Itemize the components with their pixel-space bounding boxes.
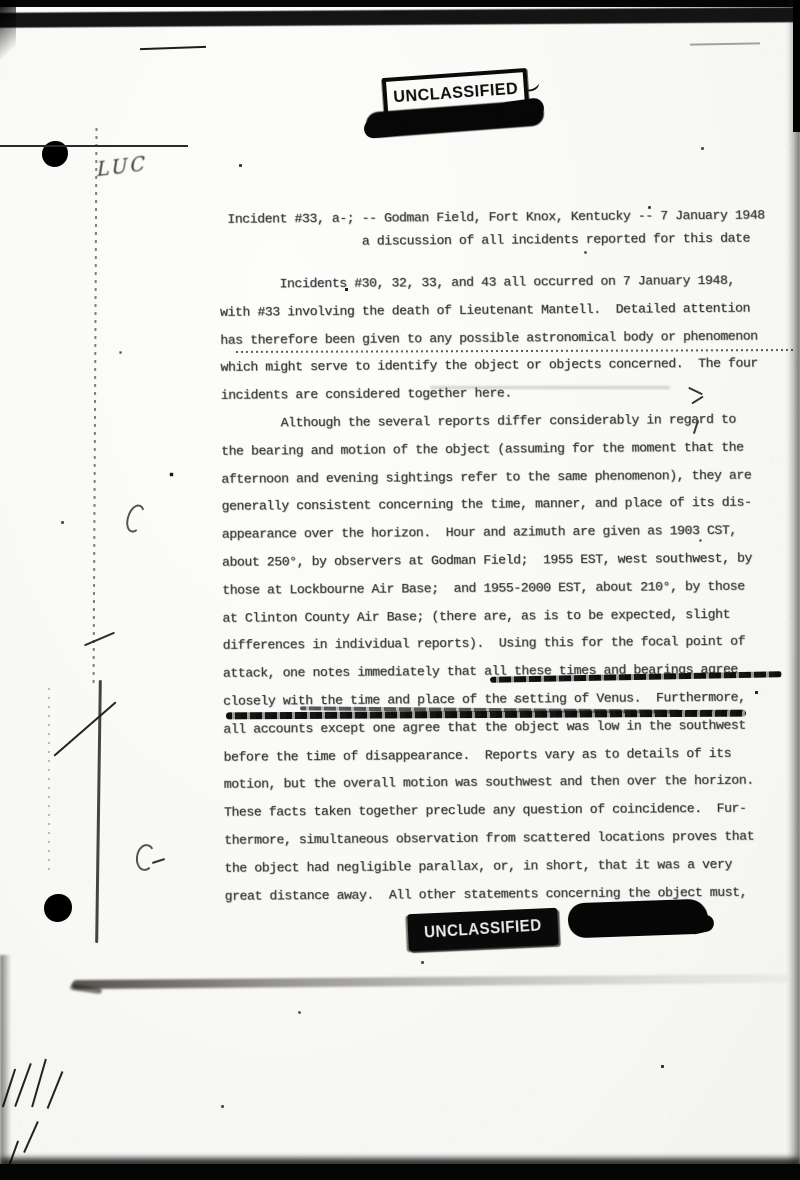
typed-line: These facts taken together preclude any … bbox=[224, 795, 762, 827]
redaction-mark-bottom bbox=[567, 899, 708, 939]
page-fold-line bbox=[48, 688, 50, 876]
header-line: a discussion of all incidents reported f… bbox=[227, 227, 765, 254]
typed-line: appearance over the horizon. Hour and az… bbox=[222, 517, 760, 549]
typed-line: afternoon and evening sightings refer to… bbox=[221, 461, 759, 493]
typed-line: generally consistent concerning the time… bbox=[221, 489, 759, 521]
scan-edge-bottom bbox=[0, 1164, 800, 1180]
unclassified-stamp-bottom-label: UNCLASSIFIED bbox=[424, 916, 543, 942]
scan-edge-left bbox=[0, 955, 11, 1168]
scan-edge-top bbox=[0, 0, 800, 7]
typed-line: thermore, simultaneous observation from … bbox=[224, 822, 762, 854]
pencil-line-through-punch bbox=[0, 145, 188, 147]
typed-line: before the time of disappearance. Report… bbox=[223, 739, 761, 771]
unclassified-stamp-bottom: UNCLASSIFIED bbox=[407, 908, 558, 952]
typed-line: those at Lockbourne Air Base; and 1955-2… bbox=[222, 572, 760, 604]
typed-line: with #33 involving the death of Lieutena… bbox=[220, 294, 758, 326]
scan-edge-corner bbox=[0, 0, 16, 62]
scanned-document-page: Incident #33, a-; -- Godman Field, Fort … bbox=[0, 0, 800, 1180]
typed-line: incidents are considered together here. bbox=[221, 378, 759, 410]
typed-line: motion, but the overall motion was south… bbox=[224, 767, 762, 799]
scan-edge-right bbox=[793, 0, 800, 132]
typed-line: Although the several reports differ cons… bbox=[221, 406, 759, 438]
typed-line: at Clinton County Air Base; (there are, … bbox=[222, 600, 760, 632]
typed-line: Incidents #30, 32, 33, and 43 all occurr… bbox=[220, 267, 758, 299]
typed-line: about 250°, by observers at Godman Field… bbox=[222, 545, 760, 577]
document-body: Incidents #30, 32, 33, and 43 all occurr… bbox=[220, 267, 762, 911]
typed-line: which might serve to identify the object… bbox=[220, 350, 758, 382]
typed-line: the object had negligible parallax, or, … bbox=[224, 850, 762, 882]
typed-line: the bearing and motion of the object (as… bbox=[221, 433, 759, 465]
pencil-smudge bbox=[430, 386, 670, 389]
typed-line: attack, one notes immediately that all t… bbox=[223, 656, 761, 688]
typed-line: differences in individual reports). Usin… bbox=[223, 628, 761, 660]
incident-header: Incident #33, a-; -- Godman Field, Fort … bbox=[227, 205, 765, 254]
scan-edge-right bbox=[786, 0, 800, 1180]
